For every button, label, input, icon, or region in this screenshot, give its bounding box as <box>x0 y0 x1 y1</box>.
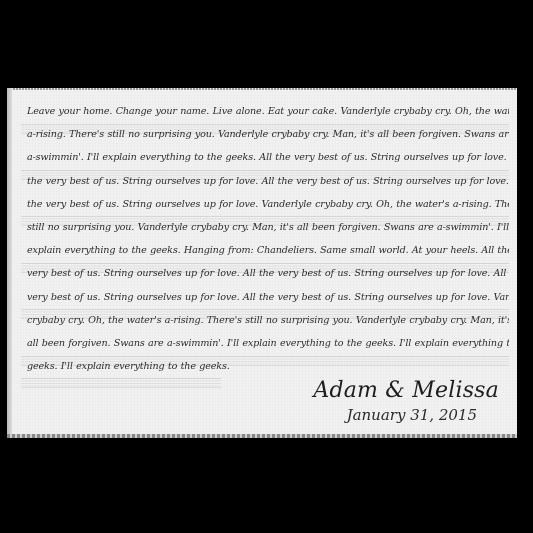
canvas-top-edge <box>7 88 517 90</box>
lyric-line: the very best of us. String ourselves up… <box>27 170 509 193</box>
lyric-line: very best of us. String ourselves up for… <box>27 286 509 309</box>
lyric-line: all been forgiven. Swans are a-swimmin'.… <box>27 332 509 355</box>
lyric-line: a-swimmin'. I'll explain everything to t… <box>27 146 509 169</box>
lyric-line: a-rising. There's still no surprising yo… <box>27 123 509 146</box>
lyric-line: explain everything to the geeks. Hanging… <box>27 239 509 262</box>
lyric-line: still no surprising you. Vanderlyle cryb… <box>27 216 509 239</box>
couple-names: Adam & Melissa <box>313 378 499 403</box>
wedding-date: January 31, 2015 <box>347 406 477 424</box>
music-staff-background <box>21 378 221 388</box>
lyric-line: crybaby cry. Oh, the water's a-rising. T… <box>27 309 509 332</box>
canvas-wrap-edge <box>7 88 12 438</box>
lyrics-canvas-print: Leave your home. Change your name. Live … <box>7 88 517 438</box>
lyric-line: Leave your home. Change your name. Live … <box>27 100 509 123</box>
lyric-line: the very best of us. String ourselves up… <box>27 193 509 216</box>
lyric-line: very best of us. String ourselves up for… <box>27 262 509 285</box>
song-lyrics: Leave your home. Change your name. Live … <box>27 100 509 378</box>
canvas-bottom-edge <box>7 434 517 438</box>
lyric-line: geeks. I'll explain everything to the ge… <box>27 355 509 378</box>
